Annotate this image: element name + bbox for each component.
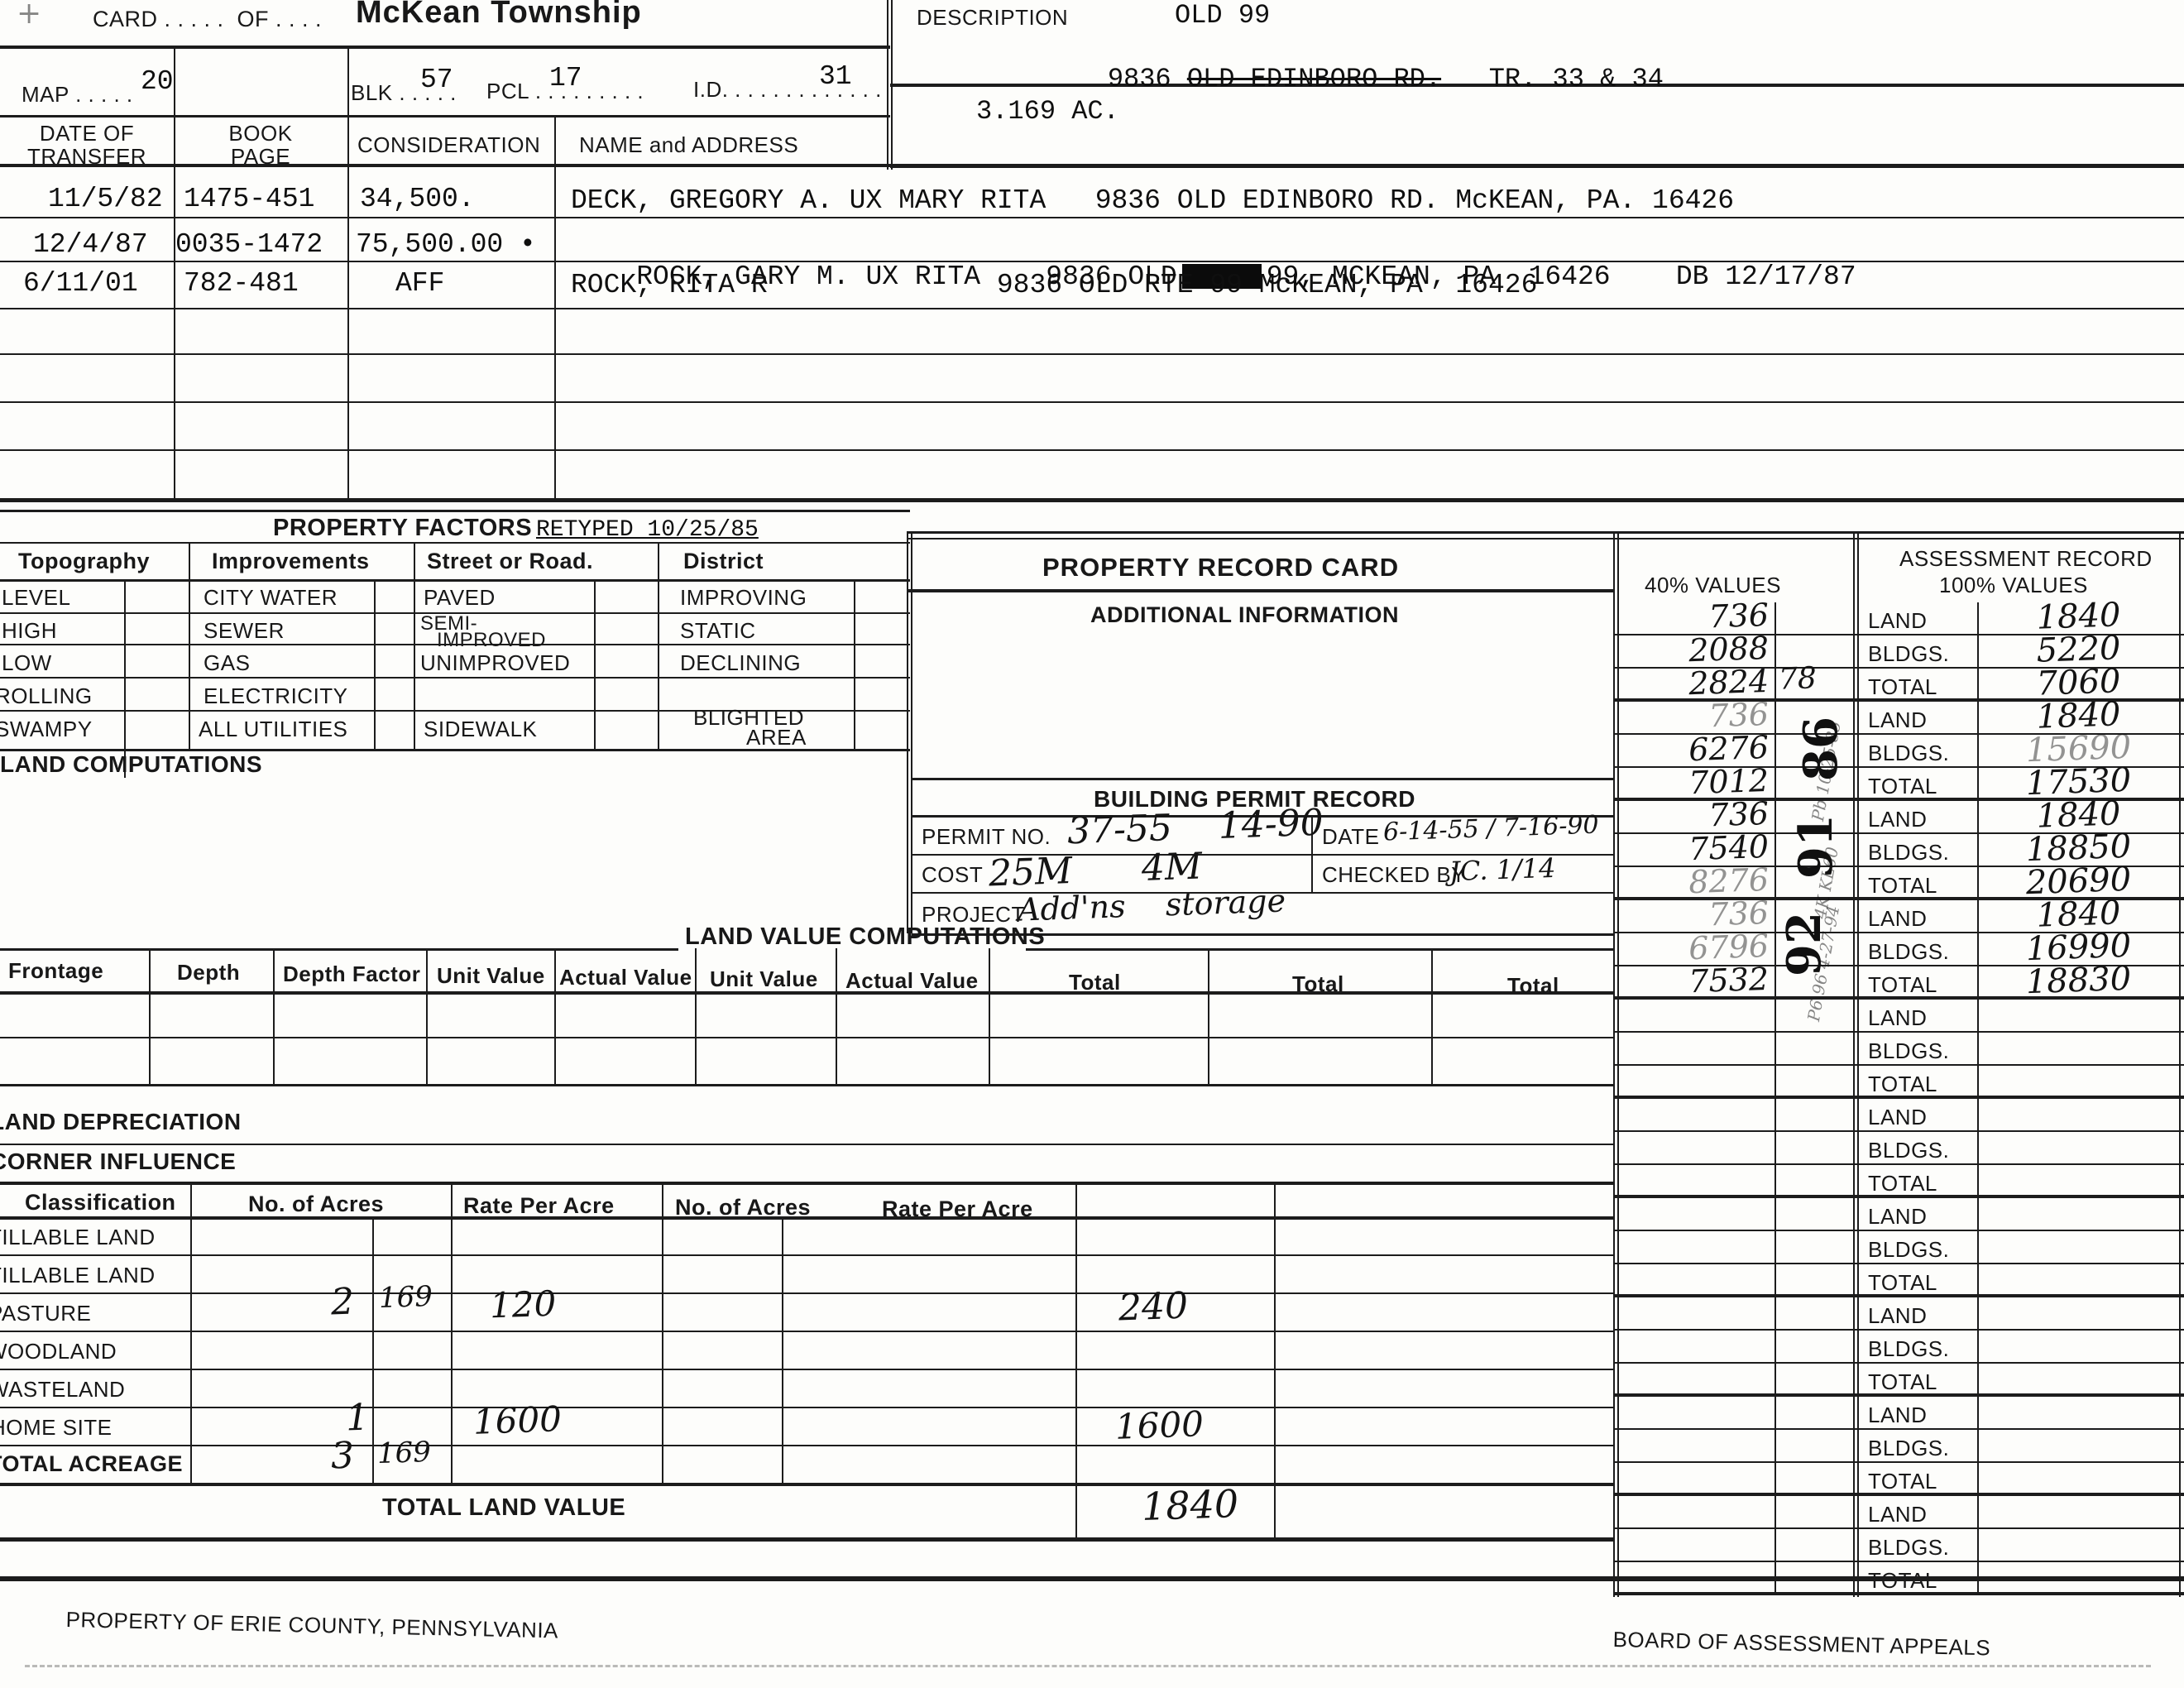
rate-value: 120 [489,1283,557,1326]
transfer-row-consideration: AFF [395,268,444,299]
rule [0,542,910,544]
assessment-row-label: BLDGS. [1868,641,1949,667]
rule [372,1216,374,1483]
improvements-item: SEWER [204,618,285,644]
rule [912,778,1613,780]
rule [426,948,428,1084]
assessment-row-label: TOTAL [1868,1270,1937,1296]
assessment-row-label: LAND [1868,1403,1927,1428]
transfer-row-book: 0035-1472 [175,229,323,260]
transfer-book-header-line1: BOOK [174,122,347,145]
improvements-item: ELECTRICITY [204,683,348,709]
assessment-value: 18830 [1985,958,2172,1003]
rule [1431,948,1433,1084]
rule [554,948,556,1084]
checked-by-value: JC. 1/14 [1449,852,1556,887]
assessment-row-label: TOTAL [1868,873,1937,899]
assessment-row-label: LAND [1868,1005,1927,1031]
assessment-row-label: LAND [1868,608,1927,634]
property-record-card-page: + CARD . . . . . OF . . . . McKean Towns… [0,0,2184,1688]
improvements-item: ALL UTILITIES [199,717,347,742]
rule [0,677,910,679]
district-item: IMPROVING [680,585,807,611]
lvc-header: Unit Value [710,966,818,992]
assessment-row-label: LAND [1868,1204,1927,1230]
rule [1026,948,1615,951]
assessment-row-label: TOTAL [1868,774,1937,799]
assessment-row-label: LAND [1868,1105,1927,1130]
district-item: AREA [746,725,807,750]
scan-artifact-line [25,1665,2151,1667]
rule [658,542,659,749]
rule [907,531,2184,534]
assessment-row-label: BLDGS. [1868,1237,1949,1263]
rule [124,579,126,778]
acres-fraction: 169 [376,1436,431,1470]
topography-header: Topography [18,549,150,574]
transfer-row-book: 782-481 [184,268,299,299]
topography-item: LOW [2,650,52,676]
rule [0,449,2184,451]
rule [273,948,275,1084]
rule [0,1144,1615,1145]
transfer-book-header: BOOKPAGE [174,122,347,168]
address-struck-text: OLD EDINBORO RD. [1187,64,1441,94]
values-40-header: 40% VALUES [1645,573,1781,598]
rule [782,1216,783,1483]
rule [1075,1182,1077,1537]
rule [374,579,376,749]
acres-value: 2 [330,1281,355,1324]
assessment-row-label: TOTAL [1868,972,1937,998]
assessment-row-label: TOTAL [1868,674,1937,700]
lvc-header: Total [1292,971,1344,997]
transfer-row-date: 11/5/82 [48,184,163,214]
classification-row-label: HOME SITE [0,1415,113,1441]
assessment-row-label: TOTAL [1868,1369,1937,1395]
assessment-row-label: LAND [1868,807,1927,832]
lvc-header: Total [1507,973,1559,999]
acreage-value: 3.169 AC. [976,96,1119,127]
transfer-row-date: 6/11/01 [23,268,138,299]
lvc-header: Frontage [8,958,103,984]
rule [594,579,596,749]
rule [989,948,990,1084]
classification-row-label: PASTURE [0,1301,91,1326]
transfer-row-name: ROCK, RITA R 9836 OLD RTE 99 McKEAN, PA … [571,270,1537,300]
district-item: DECLINING [680,650,801,676]
address-number: 9836 [1108,64,1187,94]
classification-header: Classification [25,1190,176,1216]
rule [695,948,697,1084]
rule [0,164,2184,167]
rule [554,115,556,498]
land-value-computations-title: LAND VALUE COMPUTATIONS [685,923,1045,951]
rule [190,1182,192,1483]
assessment-row-label: BLDGS. [1868,1138,1949,1163]
description-value: OLD 99 [1175,0,1270,31]
rule [0,401,2184,403]
acres-value: 3 [330,1435,355,1478]
rule [451,1182,453,1483]
lvc-header: Depth [177,960,240,985]
rule [0,1254,1615,1256]
consideration-header: CONSIDERATION [357,132,540,158]
classification-row-label: TILLABLE LAND [0,1263,156,1288]
rule [854,579,855,749]
rule [0,1369,1615,1370]
assessment-row-label: TOTAL [1868,1171,1937,1196]
rate-value: 1600 [472,1398,563,1442]
year-note: 78 [1778,661,1817,697]
rule [414,542,415,749]
assessment-row-label: BLDGS. [1868,741,1949,766]
land-computations-label: LAND COMPUTATIONS [0,751,262,778]
rule [189,542,190,749]
rule [1774,602,1776,1595]
assessment-row-label: BLDGS. [1868,1436,1949,1461]
acres-fraction: 169 [378,1280,433,1315]
rule [1208,948,1209,1084]
topography-item: ROLLING [0,683,93,709]
acres-value: 1 [345,1397,370,1440]
lvc-header: Depth Factor [283,961,420,987]
property-factors-title: PROPERTY FACTORS [273,515,532,542]
rule [347,46,349,498]
pct40-value: 7532 [1619,961,1769,1002]
rule [0,1037,1615,1038]
district-item: STATIC [680,618,756,644]
description-label: DESCRIPTION [917,5,1068,31]
rule [0,1445,1615,1446]
map-value: 20 [141,66,174,97]
rule [0,1576,2184,1581]
transfer-row-consideration: 75,500.00 • [356,229,536,260]
permit-cost-label: COST [922,862,983,888]
street-item: PAVED [424,585,496,611]
lvc-header: Actual Value [559,965,692,990]
rule [0,1292,1615,1294]
transfer-date-header-line1: DATE OF [0,122,174,145]
rule [174,46,175,498]
assessment-row-label: TOTAL [1868,1469,1937,1494]
township-title: McKean Township [356,0,642,31]
transfer-row-consideration: 34,500. [360,184,475,214]
rule [0,1084,1615,1086]
card-of-label: CARD . . . . . OF . . . . [93,7,322,32]
rule [907,538,2184,539]
classification-header: Rate Per Acre [882,1196,1033,1222]
rule [0,217,2184,218]
rule [0,46,890,49]
rule [0,1331,1615,1332]
record-card-title: PROPERTY RECORD CARD [1042,553,1399,583]
blk-value: 57 [420,65,453,95]
classification-header: No. of Acres [248,1192,384,1217]
retyped-note: RETYPED 10/25/85 [536,517,759,543]
topography-item: SWAMPY [0,717,93,742]
street-item: UNIMPROVED [420,650,570,676]
id-label: I.D. . . . . . . . . . . . . [693,77,882,103]
classification-row-label: TILLABLE LAND [0,1225,156,1250]
rule [0,353,2184,355]
rule [0,579,910,582]
rule [0,510,910,512]
rule [0,1483,1615,1486]
rule [836,948,837,1084]
total-land-value-amount: 1840 [1141,1481,1239,1529]
rule [0,115,890,117]
lvc-header: Actual Value [845,968,979,994]
pcl-value: 17 [549,63,582,94]
assessment-row-label: LAND [1868,1303,1927,1329]
name-address-header: NAME and ADDRESS [579,132,798,158]
rule [662,1182,663,1483]
assessment-row-label: LAND [1868,1502,1927,1527]
rule [0,1537,1615,1542]
additional-information-label: ADDITIONAL INFORMATION [1090,602,1399,628]
assessment-row-label: BLDGS. [1868,939,1949,965]
assessment-row-label: BLDGS. [1868,1336,1949,1362]
classification-row-label: TOTAL ACREAGE [0,1451,183,1477]
footer-board-text: BOARD OF ASSESSMENT APPEALS [1612,1627,1990,1661]
corner-influence-label: CORNER INFLUENCE [0,1149,236,1175]
rule [0,1407,1615,1408]
transfer-row-date: 12/4/87 [33,229,148,260]
classification-header: No. of Acres [675,1195,811,1220]
assessment-row-label: BLDGS. [1868,1038,1949,1064]
topography-item: HIGH [2,618,57,644]
assessment-100-header: 100% VALUES [1939,573,2088,598]
map-label: MAP . . . . . [22,82,133,108]
improvements-item: CITY WATER [204,585,338,611]
classification-row-label: WOODLAND [0,1339,117,1364]
permit-no-label: PERMIT NO. [922,824,1051,850]
rule [0,498,2184,502]
rule [0,948,678,951]
checked-by-label: CHECKED BY [1322,862,1466,888]
pencil-mark: + [17,0,41,31]
street-item: SIDEWALK [424,717,537,742]
transfer-row-name: DECK, GREGORY A. UX MARY RITA 9836 OLD E… [571,185,1734,216]
transfer-row-book: 1475-451 [184,184,314,214]
improvements-header: Improvements [212,549,370,574]
row-total-value: 240 [1118,1285,1189,1330]
footer-county-text: PROPERTY OF ERIE COUNTY, PENNSYLVANIA [65,1607,558,1644]
land-depreciation-label: LAND DEPRECIATION [0,1109,242,1135]
total-land-value-label: TOTAL LAND VALUE [382,1494,625,1522]
street-item: IMPROVED [437,629,546,652]
lvc-header: Unit Value [437,963,545,989]
id-value: 31 [819,61,852,92]
district-header: District [683,549,764,574]
topography-item: LEVEL [2,585,70,611]
assessment-row-label: BLDGS. [1868,1535,1949,1561]
classification-header: Rate Per Acre [463,1193,615,1219]
rule [149,948,151,1084]
classification-row-label: WASTELAND [0,1377,125,1403]
rule [1977,602,1979,1595]
improvements-item: GAS [204,650,250,676]
rule [907,589,1615,592]
assessment-record-header: ASSESSMENT RECORD [1899,546,2153,572]
assessment-row-label: LAND [1868,707,1927,733]
property-address: 9836 OLD EDINBORO RD. TR. 33 & 34 [1044,33,1664,125]
assessment-row-label: LAND [1868,906,1927,932]
rule [0,1182,1615,1185]
lvc-header: Total [1069,970,1121,995]
street-or-road-header: Street or Road. [427,549,593,574]
address-tract: TR. 33 & 34 [1441,64,1664,94]
assessment-row-label: TOTAL [1868,1072,1937,1097]
assessment-row-label: BLDGS. [1868,840,1949,866]
row-total-value: 1600 [1114,1403,1205,1447]
rule [1274,1182,1276,1537]
permit-date-label: DATE [1322,824,1379,850]
transfer-date-header: DATE OFTRANSFER [0,122,174,168]
